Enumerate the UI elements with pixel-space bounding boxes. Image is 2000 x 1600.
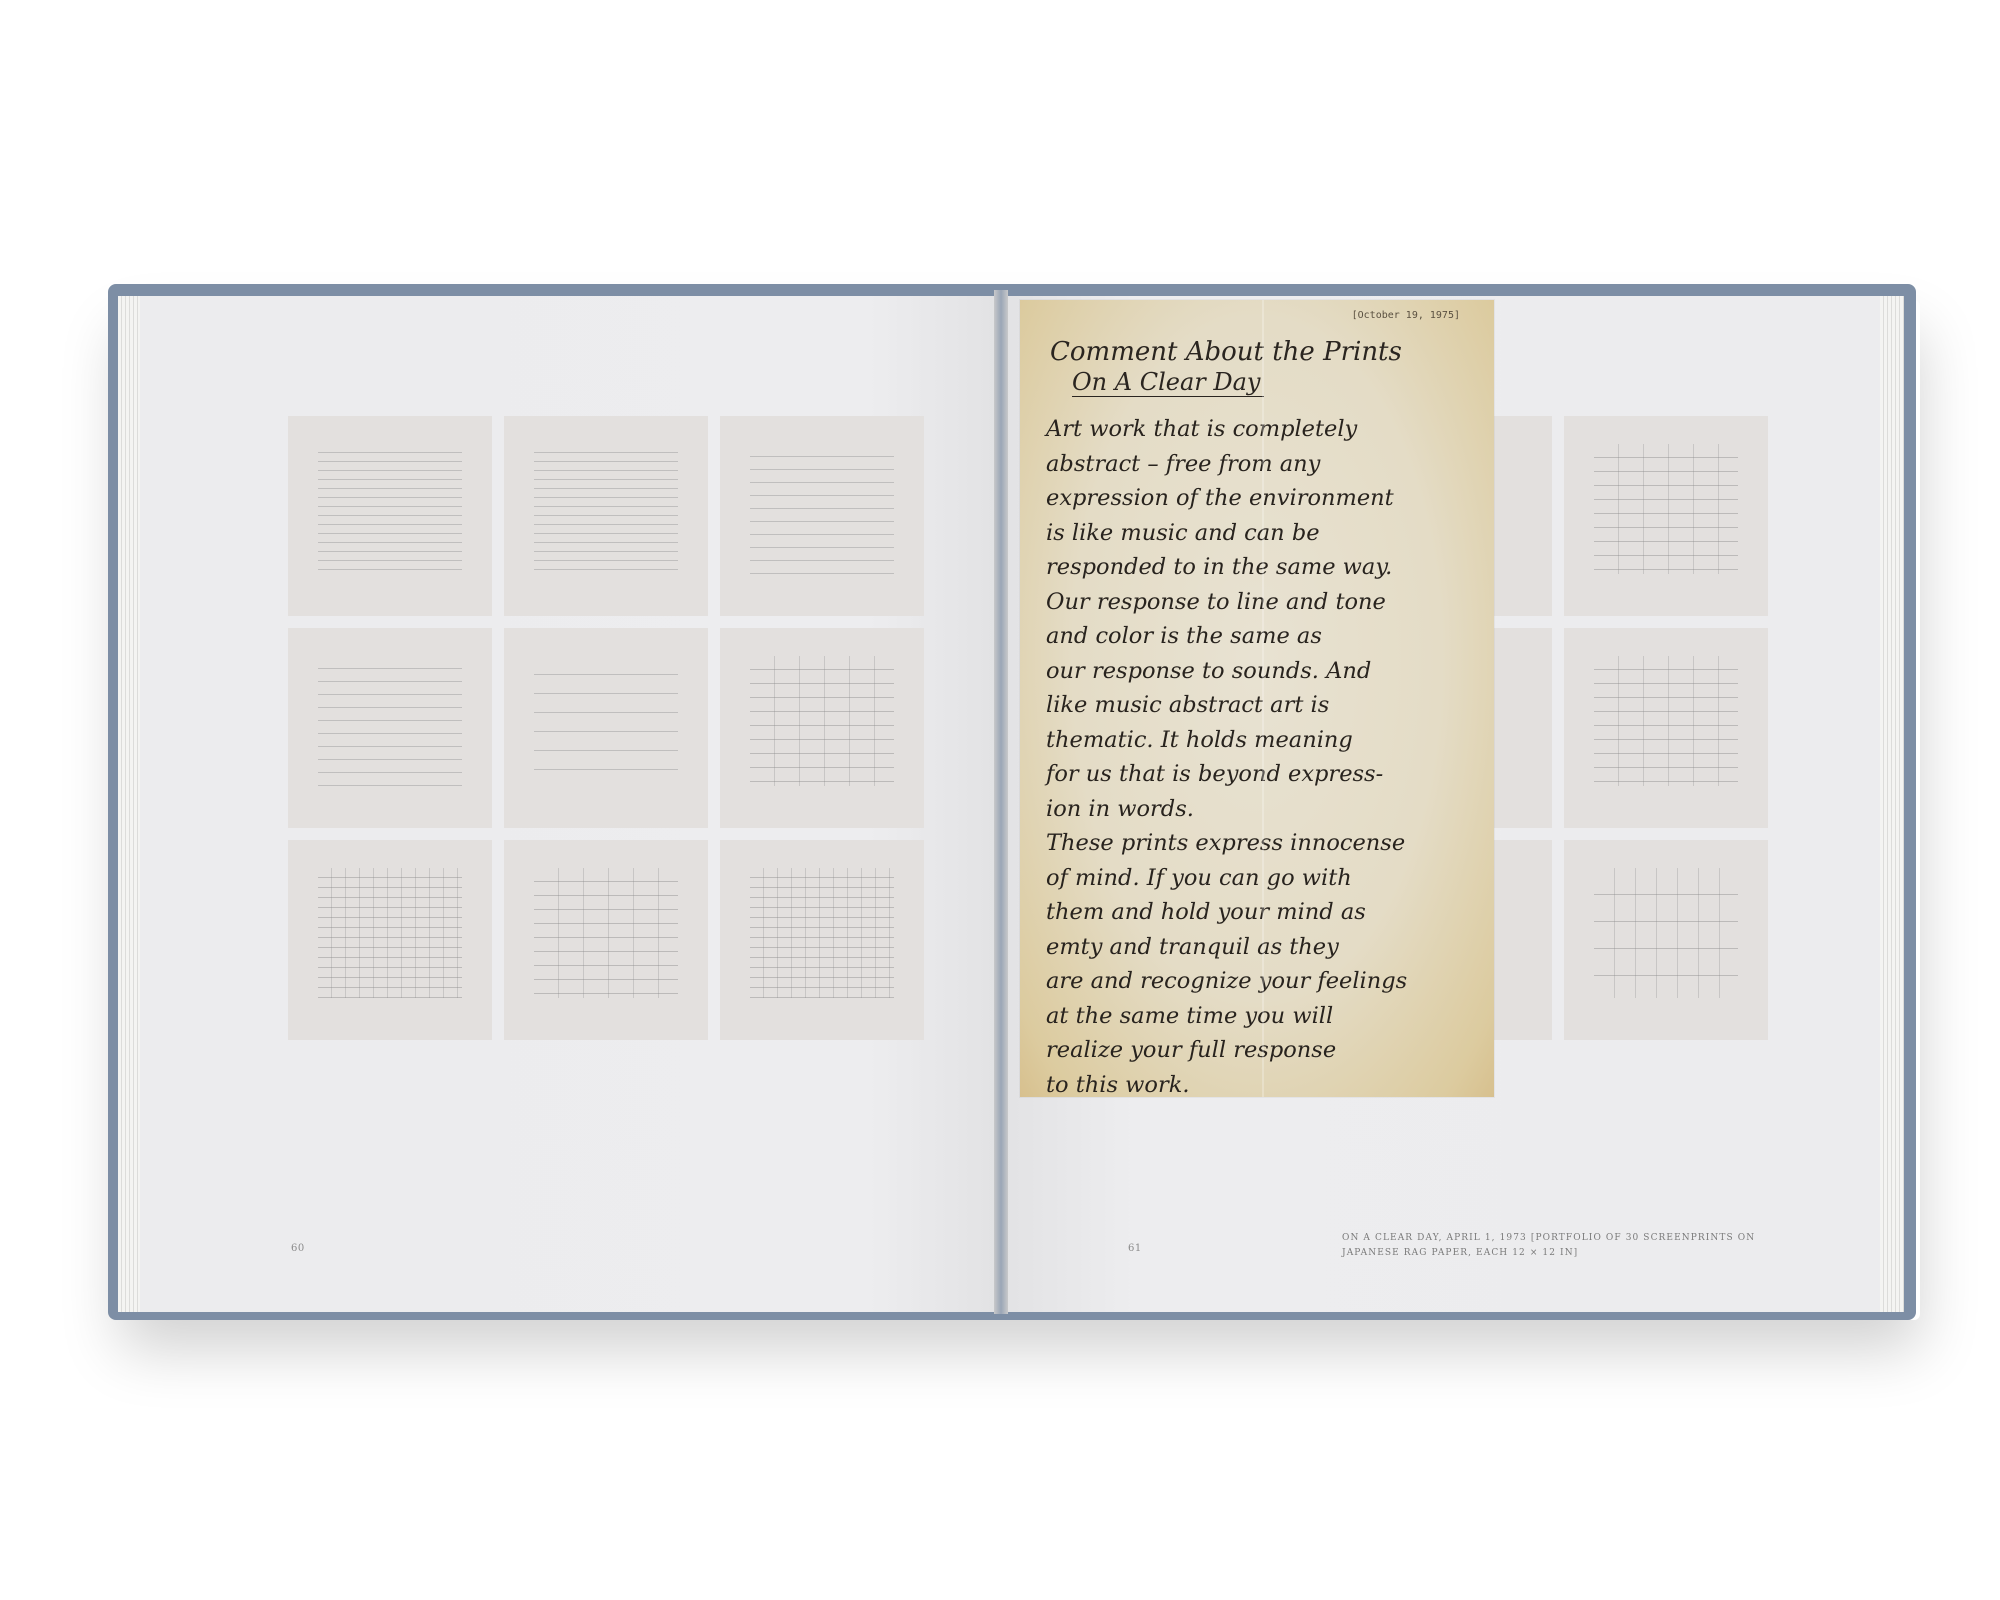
print-pattern <box>1594 868 1738 998</box>
print-thumbnail-partial <box>1492 840 1552 1040</box>
handwritten-note: [October 19, 1975] Comment About the Pri… <box>1020 300 1494 1097</box>
print-thumbnail <box>288 628 492 828</box>
print-pattern <box>318 656 462 786</box>
print-thumbnail-partial <box>1492 628 1552 828</box>
print-pattern <box>1594 656 1738 786</box>
caption-title: On a Clear Day, April 1, 1973 <box>1342 1233 1527 1243</box>
print-pattern <box>534 444 678 574</box>
print-thumbnail <box>504 416 708 616</box>
print-pattern <box>318 444 462 574</box>
print-thumbnail <box>504 840 708 1040</box>
right-page-number: 61 <box>1128 1243 1142 1254</box>
print-pattern <box>1594 444 1738 574</box>
print-thumbnail-partial <box>1492 416 1552 616</box>
print-thumbnail <box>288 840 492 1040</box>
note-body: Art work that is completely abstract – f… <box>1046 412 1486 1102</box>
print-pattern <box>318 868 462 998</box>
print-thumbnail <box>1564 840 1768 1040</box>
print-thumbnail <box>504 628 708 828</box>
print-pattern <box>750 444 894 574</box>
right-print-grid <box>1492 416 1762 1040</box>
print-pattern <box>534 868 678 998</box>
book-gutter <box>994 290 1008 1314</box>
note-date: [October 19, 1975] <box>1352 310 1460 321</box>
page-block-left-edge <box>118 296 140 1312</box>
print-thumbnail <box>720 628 924 828</box>
print-thumbnail <box>288 416 492 616</box>
print-pattern <box>750 868 894 998</box>
left-print-grid <box>288 416 924 1040</box>
print-pattern <box>750 656 894 786</box>
note-subtitle: On A Clear Day <box>1072 368 1264 397</box>
print-thumbnail <box>1564 416 1768 616</box>
page-block-right-edge <box>1880 296 1904 1312</box>
plate-caption: On a Clear Day, April 1, 1973 [Portfolio… <box>1342 1231 1782 1261</box>
print-thumbnail <box>720 840 924 1040</box>
print-thumbnail <box>720 416 924 616</box>
left-page-number: 60 <box>291 1243 305 1254</box>
print-pattern <box>534 656 678 786</box>
note-title: Comment About the Prints <box>1050 336 1402 368</box>
print-thumbnail <box>1564 628 1768 828</box>
